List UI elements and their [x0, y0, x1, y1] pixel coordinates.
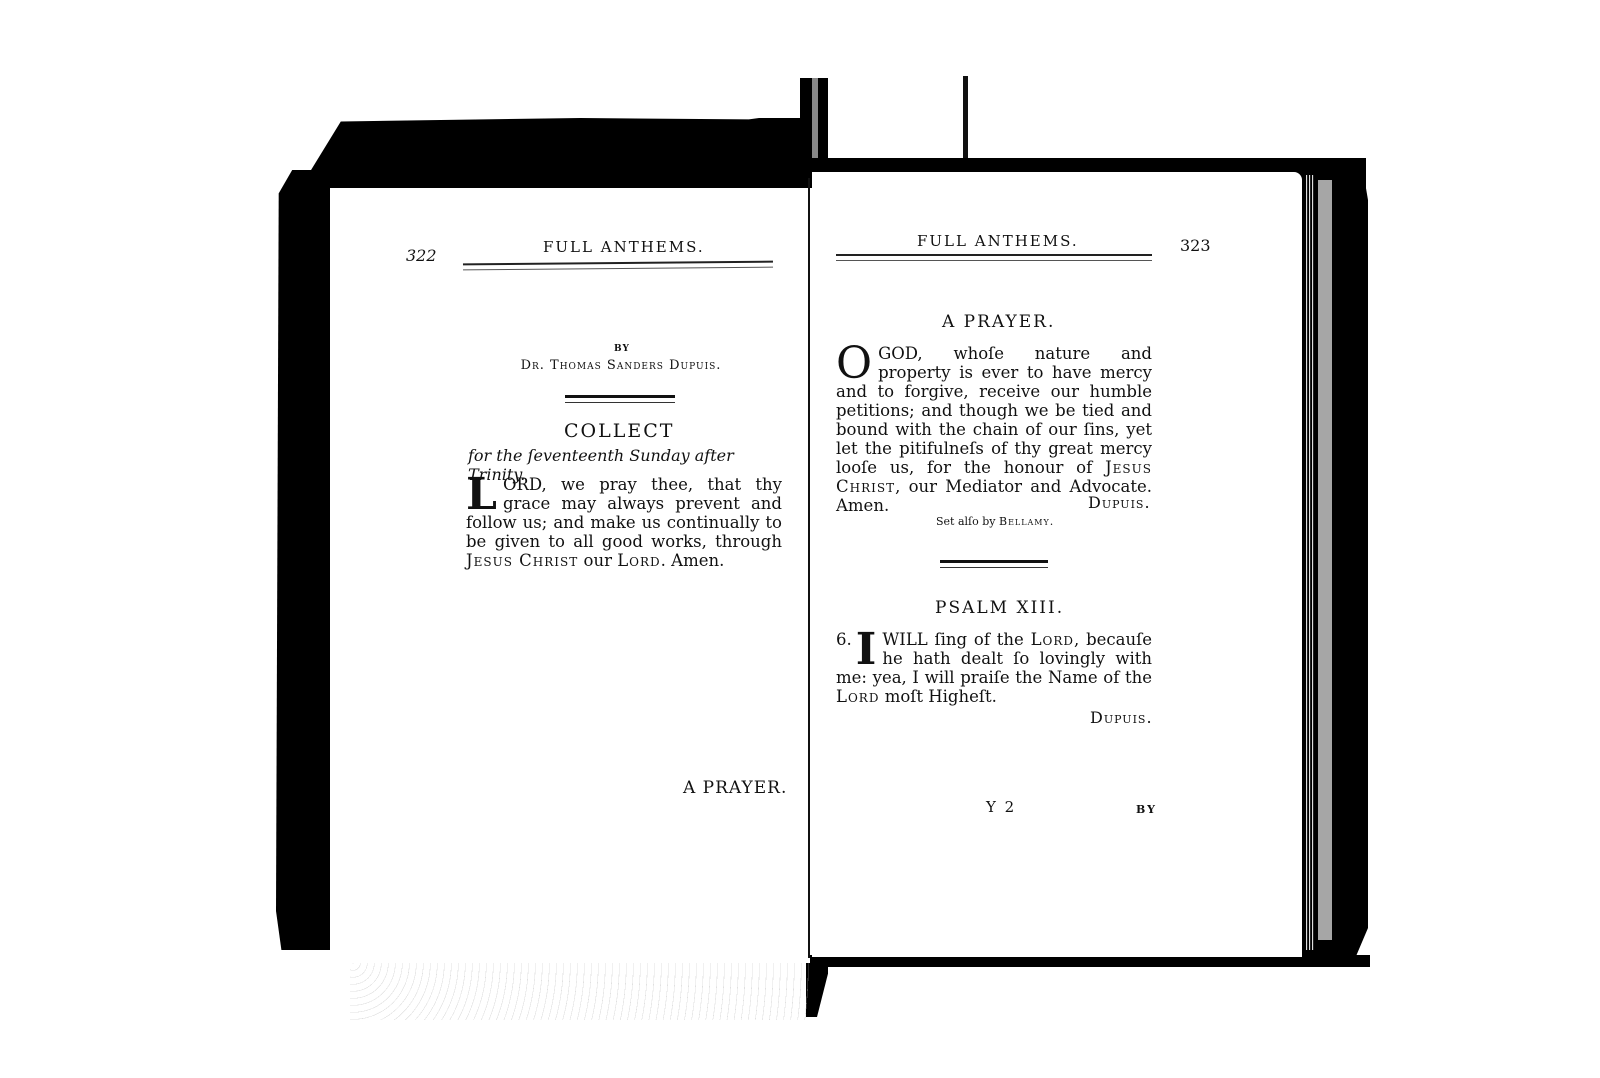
prayer-text: O GOD, whoſe nature and property is ever…	[836, 344, 1152, 515]
gutter-line	[808, 178, 810, 958]
byline-label: BY	[614, 344, 630, 354]
author-name: Dr. Thomas Sanders Dupuis.	[516, 358, 726, 373]
prayer-note-name: Bellamy.	[999, 515, 1054, 528]
book-cover-left	[276, 170, 330, 950]
header-rule-right	[836, 254, 1152, 261]
section-title: COLLECT	[564, 420, 674, 442]
collect-text-part: our	[578, 551, 617, 570]
book-spine-highlight	[812, 78, 818, 158]
right-page	[812, 172, 1302, 957]
page-number-right: 323	[1180, 236, 1211, 255]
prayer-note: Set alſo by Bellamy.	[936, 515, 1054, 528]
page-number-left: 322	[406, 246, 437, 265]
signature-mark: Y 2	[986, 798, 1016, 816]
psalm-text: 6.I WILL ſing of the Lord, becauſe he ha…	[836, 630, 1152, 706]
collect-small-caps: Lord	[617, 551, 660, 570]
psalm-text-part: moſt Higheſt.	[879, 687, 996, 706]
prayer-note-prefix: Set alſo by	[936, 515, 999, 528]
psalm-title: PSALM XIII.	[935, 598, 1064, 618]
psalm-small-caps: Lord	[1031, 630, 1074, 649]
page-fore-edge	[1305, 175, 1315, 950]
psalm-text-part: WILL ſing of the	[882, 630, 1030, 649]
book-cover-top-left	[300, 118, 810, 188]
psalm-small-caps: Lord	[836, 687, 879, 706]
collect-text-part: . Amen.	[661, 551, 725, 570]
left-page	[330, 188, 810, 963]
collect-small-caps: Jesus Christ	[466, 551, 578, 570]
collect-text: LORD, we pray thee, that thy grace may a…	[466, 475, 782, 570]
running-head-left: FULL ANTHEMS.	[543, 238, 705, 256]
psalm-attribution: Dupuis.	[1090, 708, 1153, 727]
drop-cap: O	[836, 346, 872, 382]
running-head-right: FULL ANTHEMS.	[917, 232, 1079, 250]
catchword-right: BY	[1136, 803, 1157, 816]
catchword-left: A PRAYER.	[683, 778, 787, 798]
drop-cap: I	[856, 632, 877, 668]
prayer-attribution: Dupuis.	[1088, 493, 1151, 512]
section-rule-right	[940, 560, 1048, 568]
scan-noise	[350, 960, 810, 1020]
verse-number: 6.	[836, 630, 852, 649]
drop-cap: L	[466, 477, 497, 513]
page-fore-edge-light	[1318, 180, 1332, 940]
prayer-title: A PRAYER.	[942, 312, 1055, 332]
collect-text-part: ORD, we pray thee, that thy grace may al…	[466, 475, 782, 551]
section-rule	[565, 395, 675, 403]
